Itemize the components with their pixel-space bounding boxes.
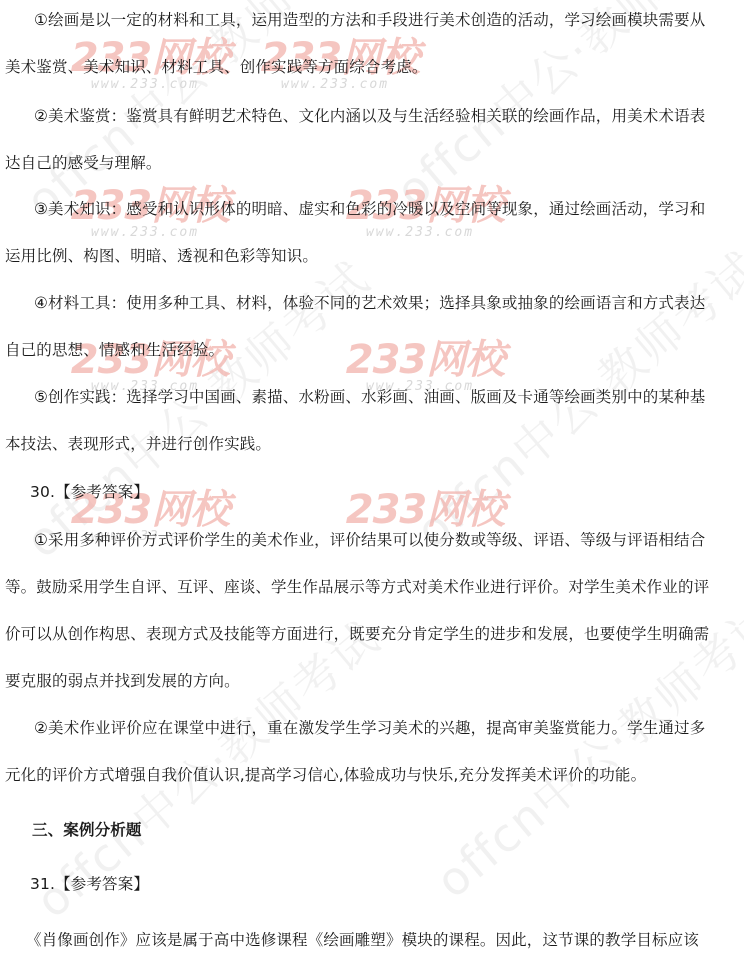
- paragraph-line: ②美术鉴赏：鉴赏具有鲜明艺术特色、文化内涵以及与生活经验相关联的绘画作品，用美术…: [34, 106, 744, 126]
- answer-label-31: 31.【参考答案】: [30, 874, 740, 894]
- paragraph-line: ③美术知识：感受和认识形体的明暗、虚实和色彩的冷暖以及空间等现象，通过绘画活动，…: [34, 199, 744, 219]
- paragraph-line: 《肖像画创作》应该是属于高中选修课程《绘画雕塑》模块的课程。因此，这节课的教学目…: [26, 930, 736, 950]
- paragraph-line: ④材料工具：使用多种工具、材料，体验不同的艺术效果；选择具象或抽象的绘画语言和方…: [34, 293, 744, 313]
- paragraph-line: 达自己的感受与理解。: [5, 153, 744, 173]
- brand-watermark-url: www.233.com: [45, 78, 245, 92]
- answer-label-30: 30.【参考答案】: [30, 482, 740, 502]
- section-heading: 三、案例分析题: [32, 820, 744, 840]
- paragraph-line: 美术鉴赏、美术知识、材料工具、创作实践等方面综合考虑。: [5, 57, 744, 77]
- paragraph-line: 价可以从创作构思、表现方式及技能等方面进行，既要充分肯定学生的进步和发展，也要使…: [5, 624, 744, 644]
- brand-watermark-url: www.233.com: [320, 226, 520, 240]
- watermark-layer: offcn中公·教师考试 offcn中公·教师考试 offcn中公·教师考试 o…: [0, 0, 744, 959]
- brand-watermark-url: www.233.com: [235, 78, 435, 92]
- paragraph-line: 运用比例、构图、明暗、透视和色彩等知识。: [5, 246, 744, 266]
- paragraph-line: ①采用多种评价方式评价学生的美术作业，评价结果可以使分数或等级、评语、等级与评语…: [34, 530, 744, 550]
- paragraph-line: ⑤创作实践：选择学习中国画、素描、水粉画、水彩画、油画、版画及卡通等绘画类别中的…: [34, 387, 744, 407]
- paragraph-line: 等。鼓励采用学生自评、互评、座谈、学生作品展示等方式对美术作业进行评价。对学生美…: [5, 577, 744, 597]
- paragraph-line: 自己的思想、情感和生活经验。: [5, 340, 744, 360]
- paragraph-line: 元化的评价方式增强自我价值认识,提高学习信心,体验成功与快乐,充分发挥美术评价的…: [5, 765, 744, 785]
- document-page: offcn中公·教师考试 offcn中公·教师考试 offcn中公·教师考试 o…: [0, 0, 744, 959]
- brand-watermark-url: www.233.com: [45, 226, 245, 240]
- paragraph-line: ②美术作业评价应在课堂中进行，重在激发学生学习美术的兴趣，提高审美鉴赏能力。学生…: [34, 718, 744, 738]
- paragraph-line: 要克服的弱点并找到发展的方向。: [5, 671, 744, 691]
- paragraph-line: 本技法、表现形式，并进行创作实践。: [5, 434, 744, 454]
- paragraph-line: ①绘画是以一定的材料和工具，运用造型的方法和手段进行美术创造的活动，学习绘画模块…: [34, 10, 744, 30]
